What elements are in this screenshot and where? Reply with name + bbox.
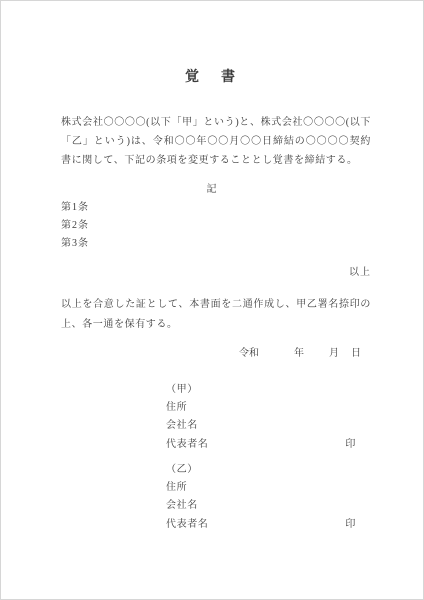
date-day-label: 日	[351, 348, 361, 359]
party-kou-company-label: 会社名	[166, 417, 356, 435]
date-year-label: 年	[294, 348, 304, 359]
date-era-label: 令和	[239, 348, 259, 359]
article-item-3: 第3条	[61, 235, 89, 253]
article-item-2: 第2条	[61, 217, 89, 235]
closing-paragraph: 以上を合意した証として、本書面を二通作成し、甲乙署名捺印の上、各一通を保有する。	[61, 295, 371, 335]
intro-paragraph: 株式会社〇〇〇〇(以下「甲」という)と、株式会社〇〇〇〇(以下「乙」という)は、…	[61, 114, 371, 170]
party-kou-label: （甲）	[166, 381, 356, 399]
party-kou-address-label: 住所	[166, 399, 356, 417]
party-block-kou: （甲） 住所 会社名 代表者名 印	[166, 381, 356, 454]
date-month-label: 月	[329, 348, 339, 359]
date-line: 令和 年 月 日	[239, 348, 361, 359]
party-kou-representative-label: 代表者名	[166, 436, 208, 454]
party-otsu-representative-label: 代表者名	[166, 516, 208, 534]
party-otsu-seal-mark: 印	[345, 516, 356, 534]
party-otsu-label: （乙）	[166, 461, 356, 479]
ki-marker: 記	[1, 184, 423, 195]
document-title: 覚 書	[1, 70, 423, 86]
party-otsu-representative-row: 代表者名 印	[166, 516, 356, 534]
party-block-otsu: （乙） 住所 会社名 代表者名 印	[166, 461, 356, 534]
party-otsu-company-label: 会社名	[166, 497, 356, 515]
party-otsu-address-label: 住所	[166, 479, 356, 497]
articles-list: 第1条 第2条 第3条	[61, 199, 89, 254]
party-kou-representative-row: 代表者名 印	[166, 436, 356, 454]
ijou-marker: 以上	[349, 267, 371, 278]
article-item-1: 第1条	[61, 199, 89, 217]
memorandum-page: 覚 書 株式会社〇〇〇〇(以下「甲」という)と、株式会社〇〇〇〇(以下「乙」とい…	[0, 0, 424, 600]
party-kou-seal-mark: 印	[345, 436, 356, 454]
